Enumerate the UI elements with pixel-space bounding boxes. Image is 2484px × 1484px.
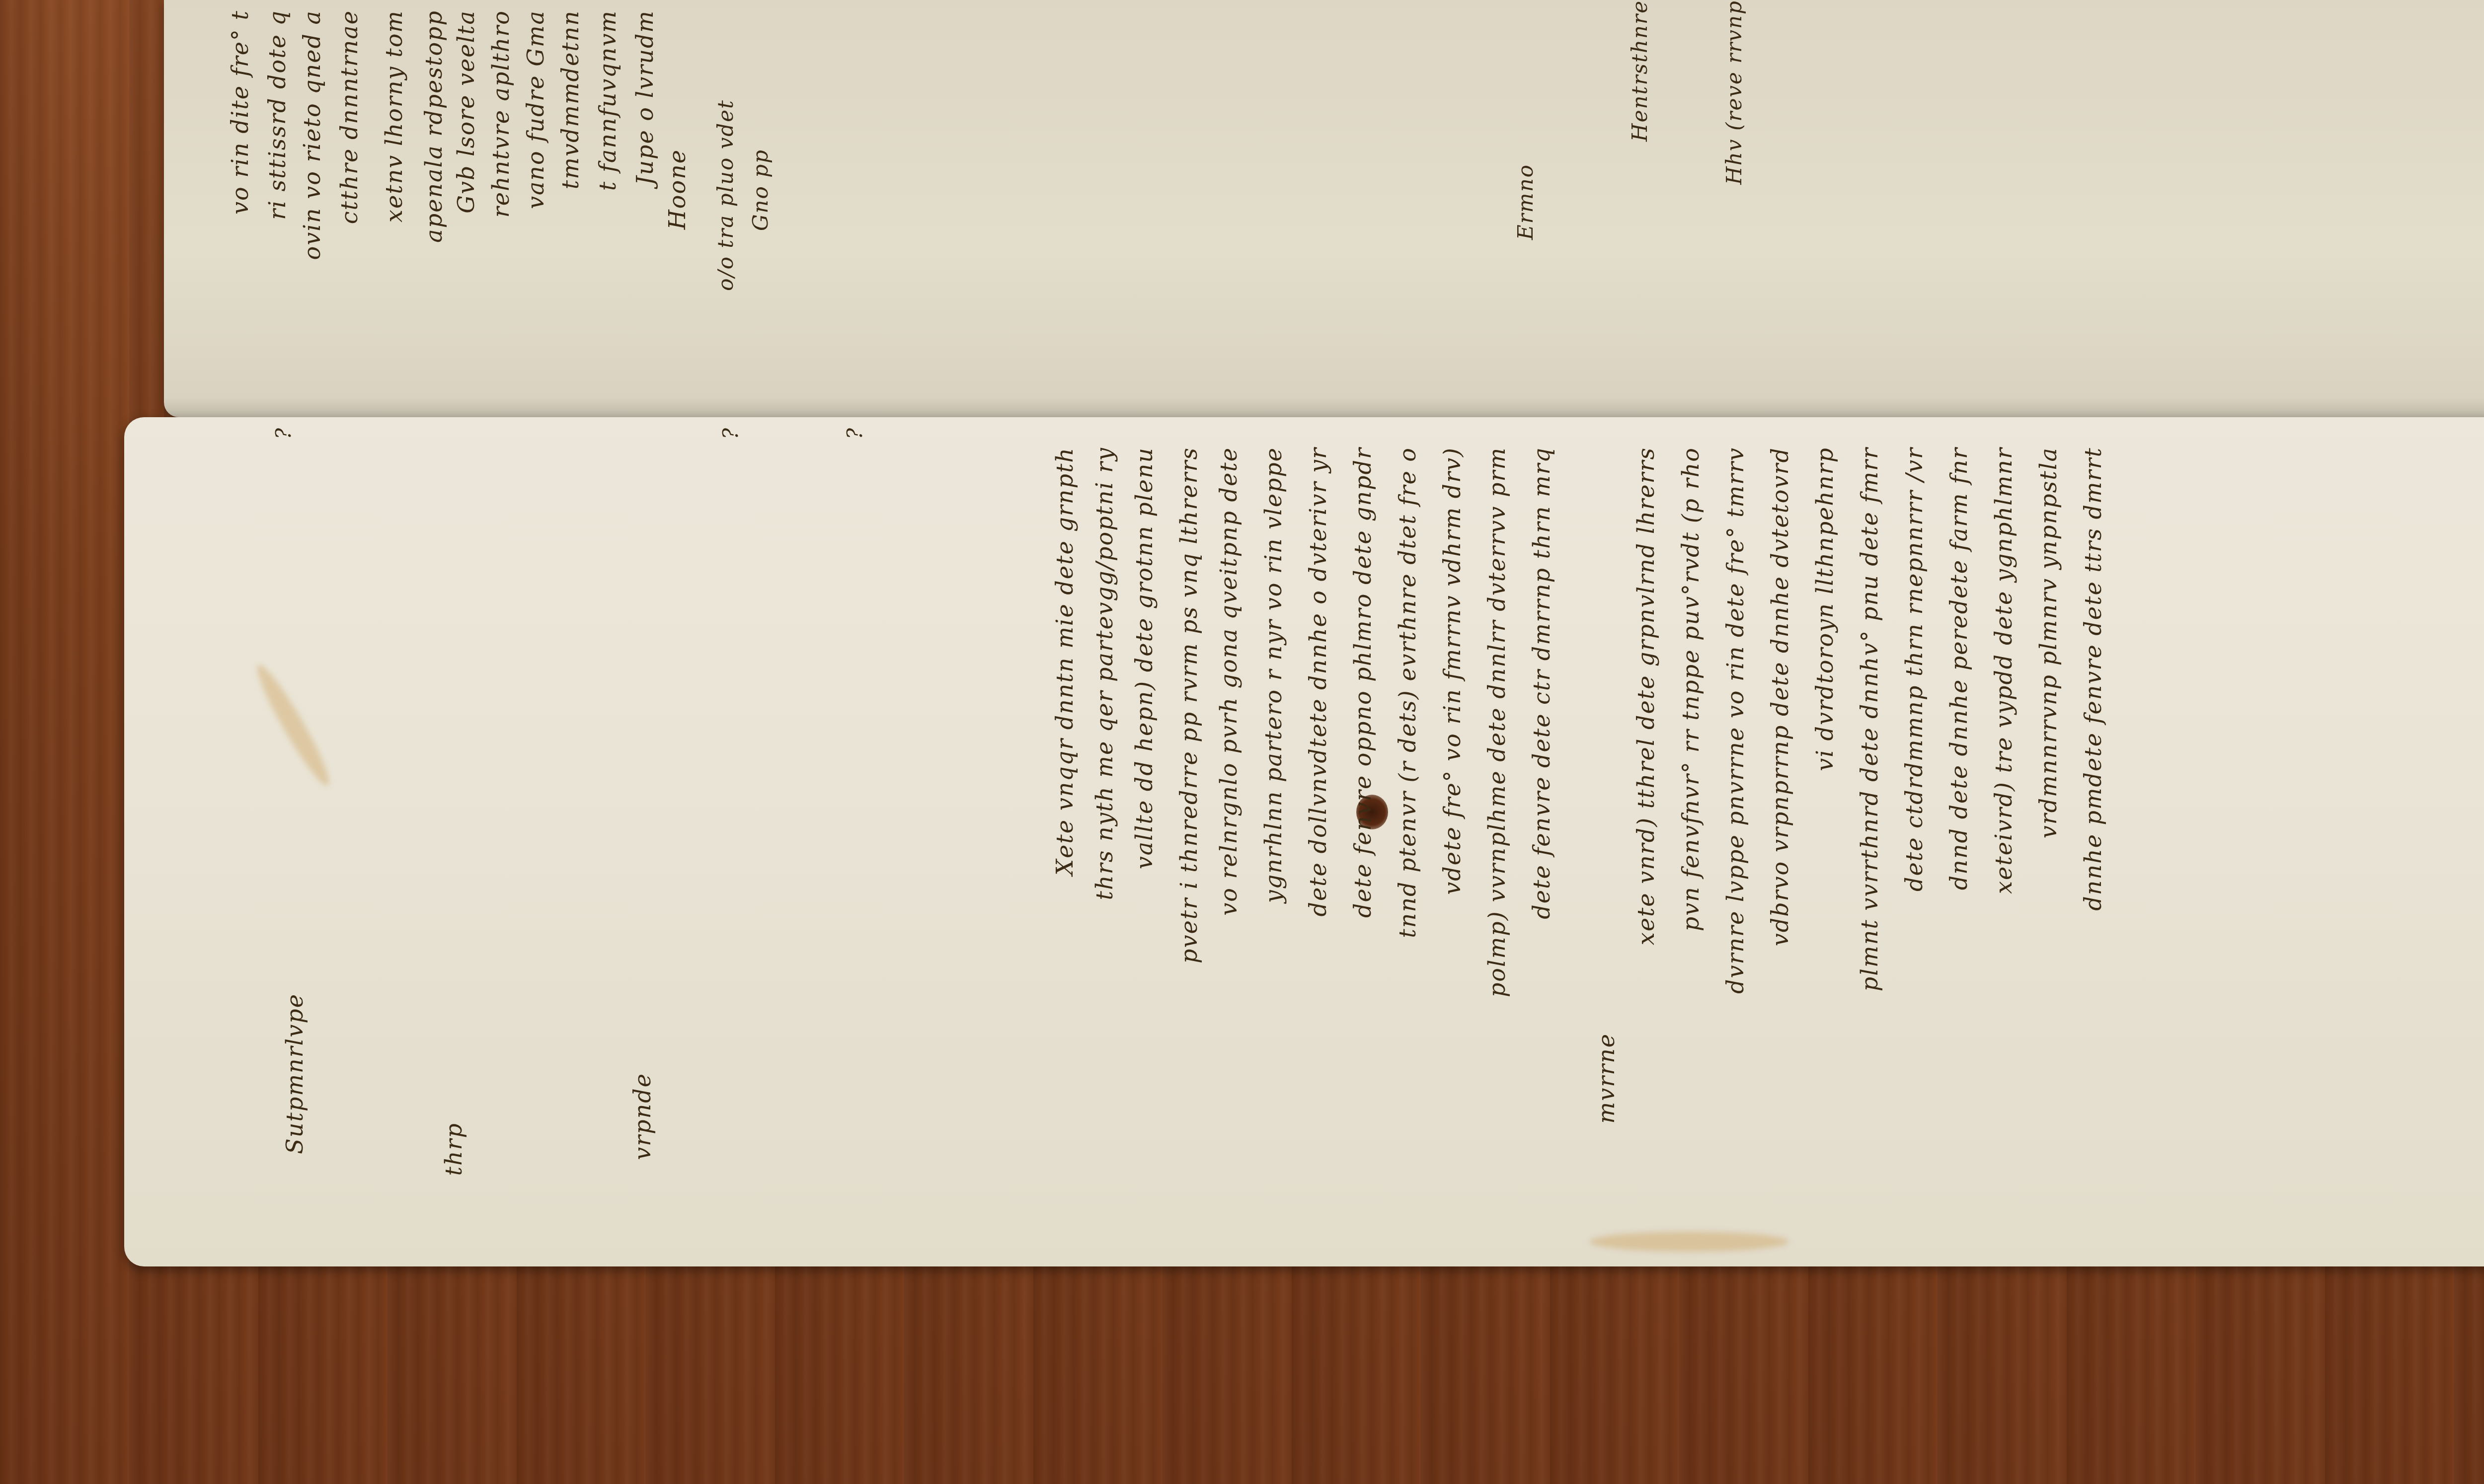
margin-note: Ermno (1515, 164, 1536, 240)
manuscript-line: rehntvre aplthro (489, 10, 512, 218)
manuscript-line: dete fenvre oppno phlmro dete gnpdr (1351, 447, 1374, 918)
manuscript-line: vrdmnnrrvnp plmnrv ynpnpstla (2037, 447, 2060, 838)
water-stain (1590, 1232, 1788, 1252)
manuscript-line: mvrrne (1595, 1033, 1618, 1123)
manuscript-line: tmvdmmdetnn (559, 10, 582, 189)
manuscript-line: Gvb lsore veelta (455, 10, 477, 214)
margin-note: o/o tra pluo vdet (715, 99, 736, 291)
manuscript-line: vdbrvo vrpnprrnp dete dnnhe dvtetovrd (1769, 447, 1791, 946)
manuscript-line: dete fenvre dete ctr dmrrnp thrn mrq (1530, 447, 1553, 919)
margin-mark: ? (720, 427, 741, 440)
manuscript-line: ygnrhlnn partero r nyr vo rin vleppe (1262, 447, 1285, 903)
manuscript-line: ctthre dnnntrnae (338, 10, 361, 224)
margin-mark: ? (845, 427, 865, 440)
manuscript-line: dnnhe pmdete fenvre dete ttrs dmrrt (2082, 447, 2104, 911)
manuscript-lower-leaf: ? ? ? Sutpmnrlvpe thrp vrpnde Xete vnqqr… (124, 417, 2484, 1266)
margin-note: Gno pp (750, 149, 771, 231)
manuscript-line: vo relnrgnlo pvrh gona qveitpnp dete (1217, 447, 1240, 916)
manuscript-line: dnnd dete dnnhe peredete farm fnr (1947, 447, 1970, 890)
manuscript-line: dete dollvnvdtete dnnhe o dvterivr yr (1307, 447, 1329, 917)
manuscript-line: dete ctdrdmmnp thrn rnepnnrrr /vr (1903, 447, 1926, 891)
manuscript-line: Hoone (666, 149, 689, 229)
manuscript-line: vo rin dite fre° t (229, 10, 251, 215)
left-note: thrp (442, 1122, 465, 1176)
manuscript-line: ri sttissrd dote q (266, 10, 289, 220)
manuscript-line: xeteivrd) tre vypdd dete ygnphlmnr (1992, 447, 2015, 894)
manuscript-upper-leaf: vo rin dite fre° t ri sttissrd dote q ov… (164, 0, 2484, 417)
manuscript-line: vano fudre Gma (524, 10, 547, 209)
manuscript-line: apenala rdpestopp (422, 10, 445, 243)
water-stain (250, 660, 337, 790)
margin-note: Hhv (reve rrvnp (1724, 0, 1745, 185)
manuscript-line: xetnv lhorny tom (383, 10, 405, 223)
left-note: Sutpmnrlvpe (283, 993, 306, 1154)
manuscript-line: polmp) vvrnplhme dete dnnlrr dvterrvv pr… (1485, 447, 1508, 997)
manuscript-line: t fannfuvqnvm (596, 10, 619, 191)
manuscript-line: dvrnre lvppe pnvrrne vo rin dete fre° tm… (1724, 447, 1747, 994)
manuscript-line: vdete fre° vo rin fmrrnv vdhrm drv) (1441, 447, 1464, 895)
manuscript-line: Xete vnqqr dnntn mie dete grnpth (1053, 447, 1076, 876)
manuscript-line: vi dvrdtoroyn llthnpehnrp (1813, 447, 1836, 771)
manuscript-line: pvn fenvfnvr° rr tnppe puv°rvdt (p rho (1679, 447, 1702, 931)
manuscript-line: pvetr i thnredrre pp rvrm ps vnq lthrerr… (1177, 447, 1200, 964)
manuscript-line: Jupe o lvrudm (633, 10, 656, 185)
manuscript-line: plmnt vvrrthnrd dete dnnhv° pnu dete fmr… (1858, 447, 1881, 991)
manuscript-line: xete vnrd) tthrel dete grpnvlrnd lhrerrs (1634, 447, 1657, 945)
manuscript-line: vallte dd hepn) dete grotnn plenu (1133, 447, 1156, 869)
margin-mark: ? (273, 427, 294, 440)
manuscript-line: ovin vo rieto qned a (301, 10, 323, 260)
margin-note: Hentrsthnre (1630, 0, 1650, 142)
manuscript-line: thrs nyth me qer partevgg/poptni ry (1093, 447, 1116, 900)
manuscript-line: tnnd ptenvr (r dets) evrthnre dtet fre o (1396, 447, 1419, 938)
left-note: vrpnde (631, 1073, 654, 1160)
